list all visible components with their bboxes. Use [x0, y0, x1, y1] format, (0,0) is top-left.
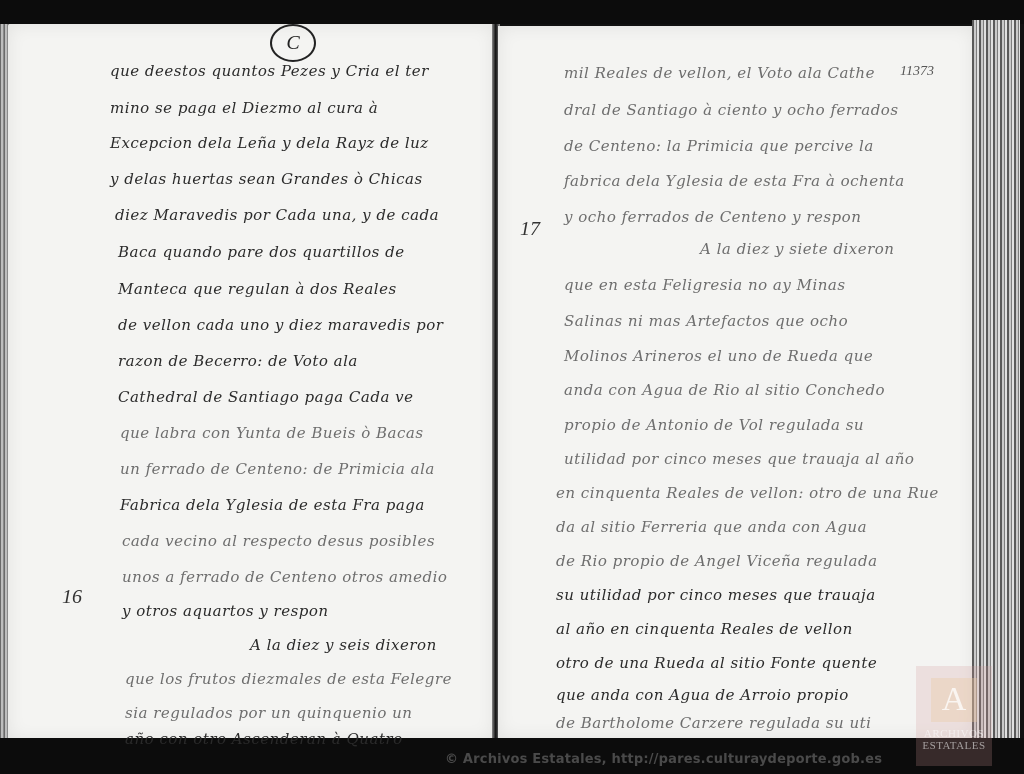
text-line: A la diez y seis dixeron	[250, 636, 437, 654]
text-line: razon de Becerro: de Voto ala	[118, 352, 358, 370]
text-line: Baca quando pare dos quartillos de	[118, 243, 405, 261]
text-line: de Bartholome Carzere regulada su uti	[556, 714, 871, 732]
text-line: Excepcion dela Leña y dela Rayz de luz	[110, 134, 429, 152]
text-line: que anda con Agua de Arroio propio	[556, 686, 849, 704]
text-line: unos a ferrado de Centeno otros amedio	[122, 568, 447, 586]
logo-letter: A	[931, 678, 977, 722]
text-line: Cathedral de Santiago paga Cada ve	[118, 388, 414, 406]
text-line: que labra con Yunta de Bueis ò Bacas	[120, 424, 424, 442]
scan-top-border	[0, 0, 1024, 24]
text-line: cada vecino al respecto desus posibles	[122, 532, 435, 550]
right-margin-number: 17	[520, 218, 540, 241]
text-line: en cinquenta Reales de vellon: otro de u…	[556, 484, 939, 502]
header-circle-mark: C	[270, 24, 316, 62]
text-line: un ferrado de Centeno: de Primicia ala	[120, 460, 435, 478]
text-line: de vellon cada uno y diez maravedis por	[118, 316, 443, 334]
text-line: diez Maravedis por Cada una, y de cada	[115, 206, 439, 224]
text-line: de Centeno: la Primicia que percive la	[564, 137, 874, 155]
text-line: mino se paga el Diezmo al cura à	[110, 99, 378, 117]
text-line: año con otro Ascenderan à Quatro	[125, 730, 403, 748]
text-line: Manteca que regulan à dos Reales	[118, 280, 397, 298]
text-line: Fabrica dela Yglesia de esta Fra paga	[120, 496, 425, 514]
copyright-watermark: © Archivos Estatales, http://pares.cultu…	[445, 752, 882, 767]
folio-number: 11373	[900, 64, 934, 80]
right-page-edges	[972, 20, 1020, 740]
text-line: Salinas ni mas Artefactos que ocho	[564, 312, 848, 330]
text-line: que los frutos diezmales de esta Felegre	[125, 670, 452, 688]
logo-text-1: ARCHIVOS	[924, 728, 984, 740]
left-page	[8, 24, 494, 740]
text-line: y ocho ferrados de Centeno y respon	[564, 208, 861, 226]
header-mark-text: C	[286, 32, 299, 55]
text-line: de Rio propio de Angel Viceña regulada	[556, 552, 878, 570]
text-line: Molinos Arineros el uno de Rueda que	[564, 347, 873, 365]
text-line: otro de una Rueda al sitio Fonte quente	[556, 654, 877, 672]
left-margin-number: 16	[62, 586, 82, 609]
text-line: fabrica dela Yglesia de esta Fra à ochen…	[564, 172, 905, 190]
logo-text-2: ESTATALES	[922, 740, 985, 752]
text-line: utilidad por cinco meses que trauaja al …	[564, 450, 914, 468]
text-line: que deestos quantos Pezes y Cria el ter	[110, 62, 429, 80]
text-line: dral de Santiago à ciento y ocho ferrado…	[564, 101, 899, 119]
text-line: y otros aquartos y respon	[122, 602, 329, 620]
text-line: mil Reales de vellon, el Voto ala Cathe	[564, 64, 875, 82]
text-line: que en esta Feligresia no ay Minas	[564, 276, 846, 294]
text-line: anda con Agua de Rio al sitio Conchedo	[564, 381, 885, 399]
text-line: y delas huertas sean Grandes ò Chicas	[110, 170, 423, 188]
text-line: propio de Antonio de Vol regulada su	[564, 416, 864, 434]
text-line: sia regulados por un quinquenio un	[125, 704, 412, 722]
text-line: A la diez y siete dixeron	[700, 240, 894, 258]
text-line: al año en cinquenta Reales de vellon	[556, 620, 853, 638]
text-line: su utilidad por cinco meses que trauaja	[556, 586, 876, 604]
archivos-estatales-logo: A ARCHIVOS ESTATALES	[916, 666, 992, 766]
text-line: da al sitio Ferreria que anda con Agua	[556, 518, 867, 536]
